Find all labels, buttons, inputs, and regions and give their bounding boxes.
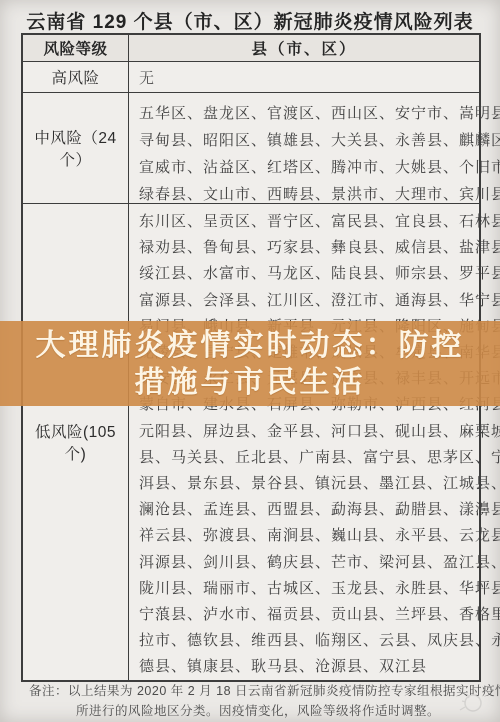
county-line: 寻甸县、昭阳区、镇雄县、大关县、永善县、麒麟区、 — [139, 127, 500, 154]
table-row-low-risk: 低风险(105 个) 东川区、呈贡区、晋宁区、富民县、宜良县、石林县、 禄劝县、… — [23, 204, 479, 680]
county-line: 洱县、景东县、景谷县、镇沅县、墨江县、江城县、 — [139, 471, 500, 497]
headline-line-2: 措施与市民生活 — [135, 364, 366, 401]
county-line: 拉市、德钦县、维西县、临翔区、云县、凤庆县、永 — [139, 628, 500, 654]
scanned-document-page: 云南省 129 个县（市、区）新冠肺炎疫情风险列表 风险等级 县（市、区） 高风… — [0, 0, 500, 722]
footer-note-line-2: 所进行的风险地区分类。因疫情变化，风险等级将作适时调整。 — [0, 701, 500, 721]
county-line: 禄劝县、鲁甸县、巧家县、彝良县、威信县、盐津县、 — [139, 235, 500, 261]
risk-level-label-high: 高风险 — [23, 62, 129, 92]
table-row-high-risk: 高风险 无 — [23, 62, 479, 93]
page-title: 云南省 129 个县（市、区）新冠肺炎疫情风险列表 — [0, 7, 500, 34]
county-line: 无 — [139, 67, 155, 88]
county-cell-low: 东川区、呈贡区、晋宁区、富民县、宜良县、石林县、 禄劝县、鲁甸县、巧家县、彝良县… — [129, 204, 500, 680]
county-line: 澜沧县、孟连县、西盟县、勐海县、勐腊县、漾濞县、 — [139, 497, 500, 523]
risk-level-label-low: 低风险(105 个) — [23, 204, 129, 680]
headline-line-1: 大理肺炎疫情实时动态：防控 — [36, 327, 465, 364]
county-line: 宁蒗县、泸水市、福贡县、贡山县、兰坪县、香格里 — [139, 602, 500, 628]
county-line: 富源县、会泽县、江川区、澄江市、通海县、华宁县、 — [139, 288, 500, 314]
county-cell-high: 无 — [129, 62, 479, 92]
table-row-mid-risk: 中风险（24个） 五华区、盘龙区、官渡区、西山区、安宁市、嵩明县、 寻甸县、昭阳… — [23, 93, 479, 204]
headline-overlay-banner: 大理肺炎疫情实时动态：防控 措施与市民生活 — [0, 321, 500, 406]
county-line: 陇川县、瑞丽市、古城区、玉龙县、永胜县、华坪县、 — [139, 576, 500, 602]
county-line: 元阳县、屏边县、金平县、河口县、砚山县、麻栗坡 — [139, 419, 500, 445]
watermark-doodle-icon — [456, 688, 486, 718]
county-cell-mid: 五华区、盘龙区、官渡区、西山区、安宁市、嵩明县、 寻甸县、昭阳区、镇雄县、大关县… — [129, 93, 500, 203]
header-cell-county: 县（市、区） — [129, 35, 479, 61]
table-header-row: 风险等级 县（市、区） — [23, 35, 479, 62]
header-cell-risk-level: 风险等级 — [23, 35, 129, 61]
county-line: 德县、镇康县、耿马县、沧源县、双江县 — [139, 654, 500, 680]
county-line: 祥云县、弥渡县、南涧县、巍山县、永平县、云龙县、 — [139, 523, 500, 549]
county-line: 宣威市、沾益区、红塔区、腾冲市、大姚县、个旧市、 — [139, 154, 500, 181]
footer-note-line-1: 备注：以上结果为 2020 年 2 月 18 日云南省新冠肺炎疫情防控专家组根据… — [0, 681, 500, 701]
county-line: 绥江县、水富市、马龙区、陆良县、师宗县、罗平县、 — [139, 261, 500, 287]
county-line: 县、马关县、丘北县、广南县、富宁县、思茅区、宁 — [139, 445, 500, 471]
risk-level-label-mid: 中风险（24个） — [23, 93, 129, 203]
county-line: 东川区、呈贡区、晋宁区、富民县、宜良县、石林县、 — [139, 209, 500, 235]
county-line: 洱源县、剑川县、鹤庆县、芒市、梁河县、盈江县、 — [139, 550, 500, 576]
footer-note: 备注：以上结果为 2020 年 2 月 18 日云南省新冠肺炎疫情防控专家组根据… — [0, 681, 500, 721]
county-line: 五华区、盘龙区、官渡区、西山区、安宁市、嵩明县、 — [139, 100, 500, 127]
